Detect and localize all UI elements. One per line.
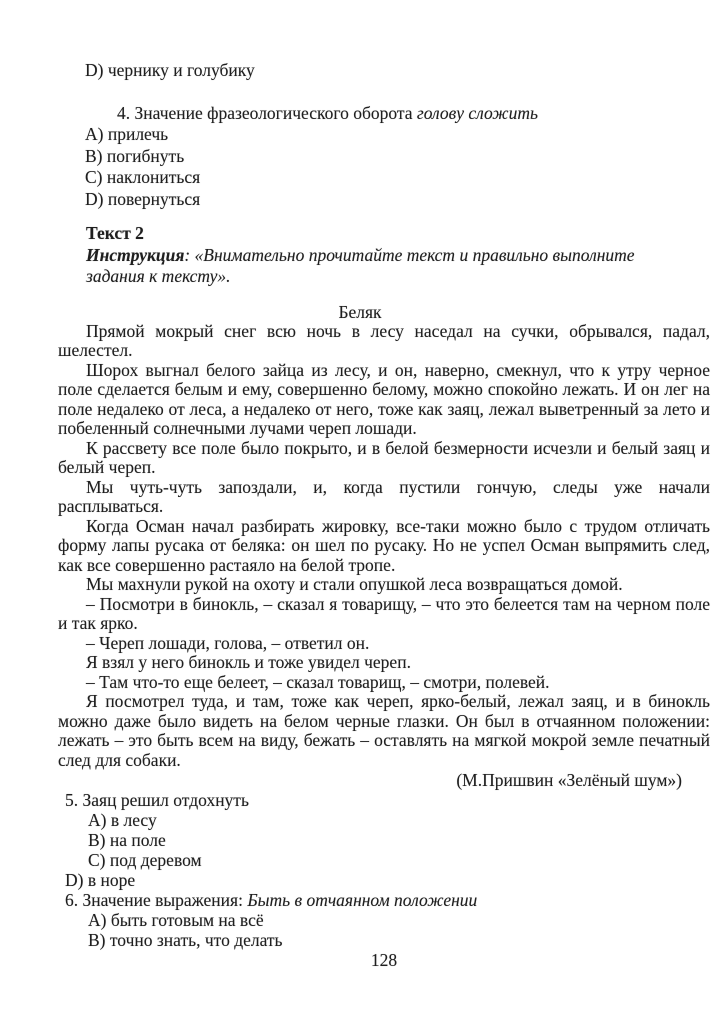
question-4-stem: 4. Значение фразеологического оборота го…	[117, 103, 710, 125]
question-5-stem: 5. Заяц решил отдохнуть	[65, 790, 710, 810]
question-6-stem-phrase: Быть в отчаянном положении	[247, 890, 477, 910]
story-paragraph: Я взял у него бинокль и тоже увидел чере…	[58, 653, 710, 673]
story-paragraph: Шорох выгнал белого зайца из лесу, и он,…	[58, 361, 710, 439]
story-attribution: (М.Пришвин «Зелёный шум»)	[58, 770, 710, 790]
question-4-option-c: C) наклониться	[85, 167, 710, 189]
story-title: Беляк	[58, 302, 662, 322]
instruction-line2: задания к тексту».	[86, 266, 230, 286]
story-paragraph: – Череп лошади, голова, – ответил он.	[58, 634, 710, 654]
document-page: D) чернику и голубику 4. Значение фразео…	[0, 0, 725, 1024]
question-6-option-a: A) быть готовым на всё	[88, 910, 710, 930]
story-paragraph: Я посмотрел туда, и там, тоже как череп,…	[58, 692, 710, 770]
question-4-option-d: D) повернуться	[85, 189, 710, 211]
questions-5-6: 5. Заяц решил отдохнуть A) в лесу B) на …	[65, 790, 710, 950]
instruction-label: Инструкция	[86, 245, 184, 265]
question-4-option-b: B) погибнуть	[85, 146, 710, 168]
question-5-option-d: D) в норе	[65, 870, 710, 890]
question-5-option-b: B) на поле	[88, 830, 710, 850]
question3-option-d: D) чернику и голубику	[85, 60, 710, 82]
story-paragraph: Прямой мокрый снег всю ночь в лесу насед…	[58, 322, 710, 361]
story-paragraph: Когда Осман начал разбирать жировку, все…	[58, 517, 710, 576]
question-4-stem-idiom: голову сложить	[417, 103, 538, 123]
story-paragraph: Мы чуть-чуть запоздали, и, когда пустили…	[58, 478, 710, 517]
question-5-option-a: A) в лесу	[88, 810, 710, 830]
story-paragraph: – Посмотри в бинокль, – сказал я товарищ…	[58, 595, 710, 634]
question-4: 4. Значение фразеологического оборота го…	[58, 103, 710, 211]
text2-instruction: Инструкция: «Внимательно прочитайте текс…	[86, 245, 710, 288]
instruction-line1: : «Внимательно прочитайте текст и правил…	[184, 245, 634, 265]
question-6-option-b: B) точно знать, что делать	[88, 930, 710, 950]
story-paragraph: – Там что-то еще белеет, – сказал товари…	[58, 673, 710, 693]
page-number: 128	[58, 950, 710, 970]
text2-heading: Текст 2	[86, 223, 710, 245]
story-paragraph: К рассвету все поле было покрыто, и в бе…	[58, 439, 710, 478]
question-6-stem-text: 6. Значение выражения:	[65, 890, 247, 910]
question-6-stem: 6. Значение выражения: Быть в отчаянном …	[65, 890, 710, 910]
question-4-option-a: A) прилечь	[85, 124, 710, 146]
question-4-stem-text: 4. Значение фразеологического оборота	[117, 103, 417, 123]
question-5-option-c: C) под деревом	[88, 850, 710, 870]
story-body: Прямой мокрый снег всю ночь в лесу насед…	[58, 322, 710, 771]
story-paragraph: Мы махнули рукой на охоту и стали опушко…	[58, 575, 710, 595]
